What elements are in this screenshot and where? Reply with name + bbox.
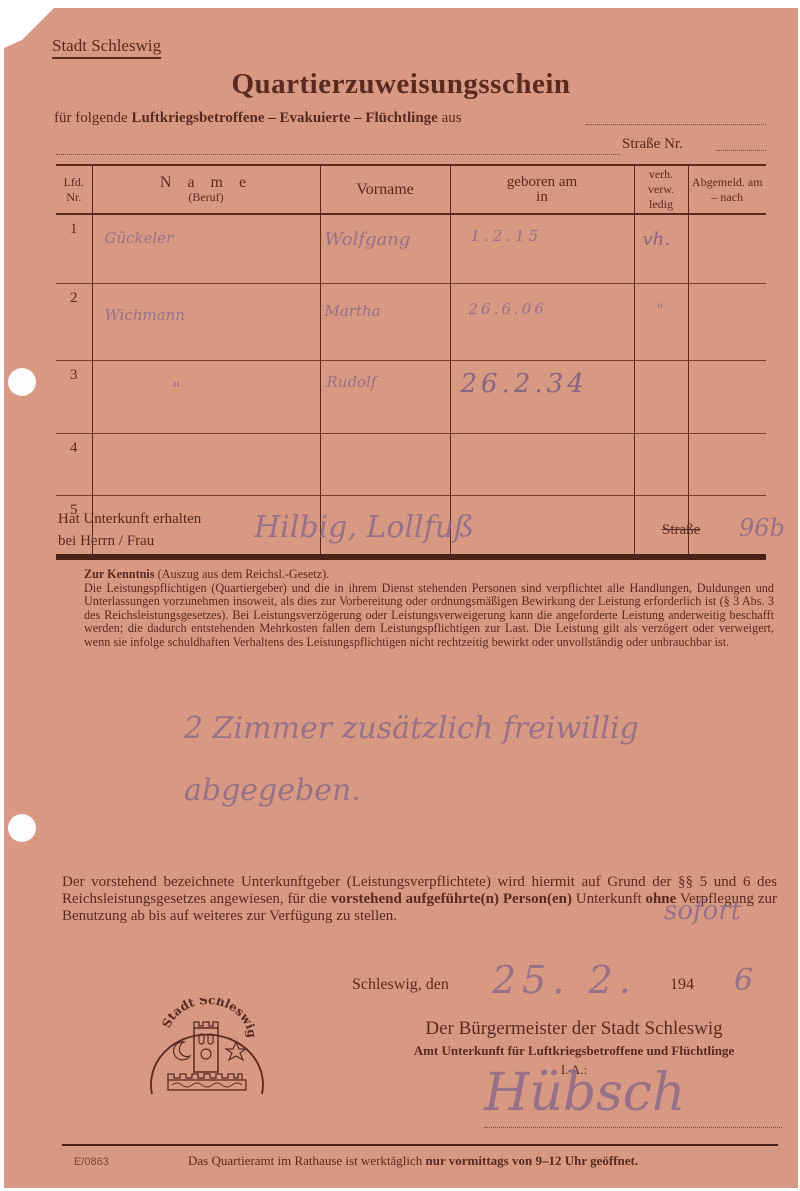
row-stand bbox=[634, 361, 688, 434]
row-nr: 3 bbox=[56, 361, 92, 434]
row-nr: 2 bbox=[56, 284, 92, 361]
legal-notice: Zur Kenntnis (Auszug aus dem Reichsl.-Ge… bbox=[84, 568, 774, 649]
row-geboren: 26.2.34 bbox=[450, 361, 634, 434]
mayor-title: Der Bürgermeister der Stadt Schleswig bbox=[354, 1018, 794, 1040]
row-vorname: Wolfgang bbox=[320, 214, 450, 284]
accommodation-label-line2: bei Herrn / Frau bbox=[58, 530, 201, 552]
street-label-struck: Straße bbox=[662, 522, 700, 539]
row-geboren: 1.2.15 bbox=[450, 214, 634, 284]
svg-text:Stadt Schleswig: Stadt Schleswig bbox=[159, 998, 259, 1039]
row-vorname: Martha bbox=[320, 284, 450, 361]
subtitle-categories: Luftkriegsbetroffene – Evakuierte – Flüc… bbox=[131, 110, 437, 126]
form-code: E/0863 bbox=[74, 1156, 109, 1168]
office-hours-note: Das Quartieramt im Rathause ist werktägl… bbox=[188, 1153, 638, 1169]
document-sheet: Stadt Schleswig Quartierzuweisungsschein… bbox=[4, 8, 798, 1188]
subtitle-pre: für folgende bbox=[54, 110, 131, 126]
place-label: Schleswig, den bbox=[352, 976, 449, 994]
origin-field bbox=[586, 124, 766, 125]
street-number-handwritten: 96b bbox=[739, 514, 785, 542]
row-stand bbox=[634, 434, 688, 496]
divider-rule bbox=[56, 554, 766, 557]
street-number-field bbox=[716, 150, 766, 151]
accommodation-label: Hat Unterkunft erhalten bei Herrn / Frau bbox=[58, 508, 201, 552]
document-title: Quartierzuweisungsschein bbox=[4, 68, 798, 101]
row-vorname: Rudolf bbox=[320, 361, 450, 434]
host-name-handwritten: Hilbig, Lollfuß bbox=[254, 510, 474, 545]
col-header-geboren: geboren amin bbox=[450, 165, 634, 214]
table-header-row: Lfd. Nr. N a m e(Beruf) Vorname geboren … bbox=[56, 165, 766, 214]
row-abgemeldet bbox=[688, 361, 766, 434]
persons-table: Lfd. Nr. N a m e(Beruf) Vorname geboren … bbox=[56, 164, 766, 560]
year-handwritten: 6 bbox=[734, 963, 753, 998]
notice-body: Die Leistungspflichtigen (Quartiergeber)… bbox=[84, 581, 774, 649]
signature-handwritten: Hübsch bbox=[484, 1063, 685, 1123]
date-handwritten: 25. 2. bbox=[492, 958, 637, 1002]
row-abgemeldet bbox=[688, 214, 766, 284]
subtitle-post: aus bbox=[438, 110, 462, 126]
footer-rule bbox=[62, 1144, 778, 1146]
row-stand: " bbox=[634, 284, 688, 361]
origin-field-line2 bbox=[56, 154, 620, 155]
table-row: 3 " Rudolf 26.2.34 bbox=[56, 361, 766, 434]
table-row: 2 Wichmann Martha 26.6.06 " bbox=[56, 284, 766, 361]
col-header-vorname: Vorname bbox=[320, 165, 450, 214]
punch-hole-bottom bbox=[8, 814, 36, 842]
col-header-nr: Lfd. Nr. bbox=[56, 165, 92, 214]
row-name bbox=[92, 434, 320, 496]
col-header-stand: verh. verw. ledig bbox=[634, 165, 688, 214]
row-abgemeldet bbox=[688, 284, 766, 361]
row-vorname bbox=[320, 434, 450, 496]
row-geboren: 26.6.06 bbox=[450, 284, 634, 361]
row-geboren bbox=[450, 434, 634, 496]
subtitle-line: für folgende Luftkriegsbetroffene – Evak… bbox=[54, 110, 462, 127]
col-header-abgemeldet: Abgemeld. am – nach bbox=[688, 165, 766, 214]
notice-heading-note: (Auszug aus dem Reichsl.-Gesetz). bbox=[155, 567, 330, 581]
street-number-label: Straße Nr. bbox=[622, 136, 683, 153]
notice-heading: Zur Kenntnis bbox=[84, 567, 155, 581]
row-abgemeldet bbox=[688, 434, 766, 496]
row-nr: 1 bbox=[56, 214, 92, 284]
office-name: Amt Unterkunft für Luftkriegsbetroffene … bbox=[354, 1043, 794, 1059]
row-nr: 4 bbox=[56, 434, 92, 496]
table-row: 1 Gückeler Wolfgang 1.2.15 vh. bbox=[56, 214, 766, 284]
decree-persons: vorstehend aufgeführte(n) Person(en) bbox=[331, 891, 572, 907]
table-row: 4 bbox=[56, 434, 766, 496]
row-name: " bbox=[92, 361, 320, 434]
city-seal-icon: Stadt Schleswig bbox=[146, 998, 268, 1098]
city-header: Stadt Schleswig bbox=[52, 36, 161, 59]
handwritten-note: 2 Zimmer zusätzlich freiwillig abgegeben… bbox=[184, 698, 764, 822]
col-header-name: N a m e(Beruf) bbox=[92, 165, 320, 214]
row-stand: vh. bbox=[634, 214, 688, 284]
row-geboren bbox=[450, 496, 634, 559]
year-printed: 194 bbox=[670, 976, 694, 994]
punch-hole-top bbox=[8, 368, 36, 396]
office-hours: nur vormittags von 9–12 Uhr geöffnet. bbox=[426, 1153, 639, 1168]
signature-line bbox=[484, 1127, 782, 1128]
row-name: Wichmann bbox=[92, 284, 320, 361]
row-name: Gückeler bbox=[92, 214, 320, 284]
from-date-handwritten: sofort bbox=[664, 896, 741, 926]
accommodation-label-line1: Hat Unterkunft erhalten bbox=[58, 508, 201, 530]
